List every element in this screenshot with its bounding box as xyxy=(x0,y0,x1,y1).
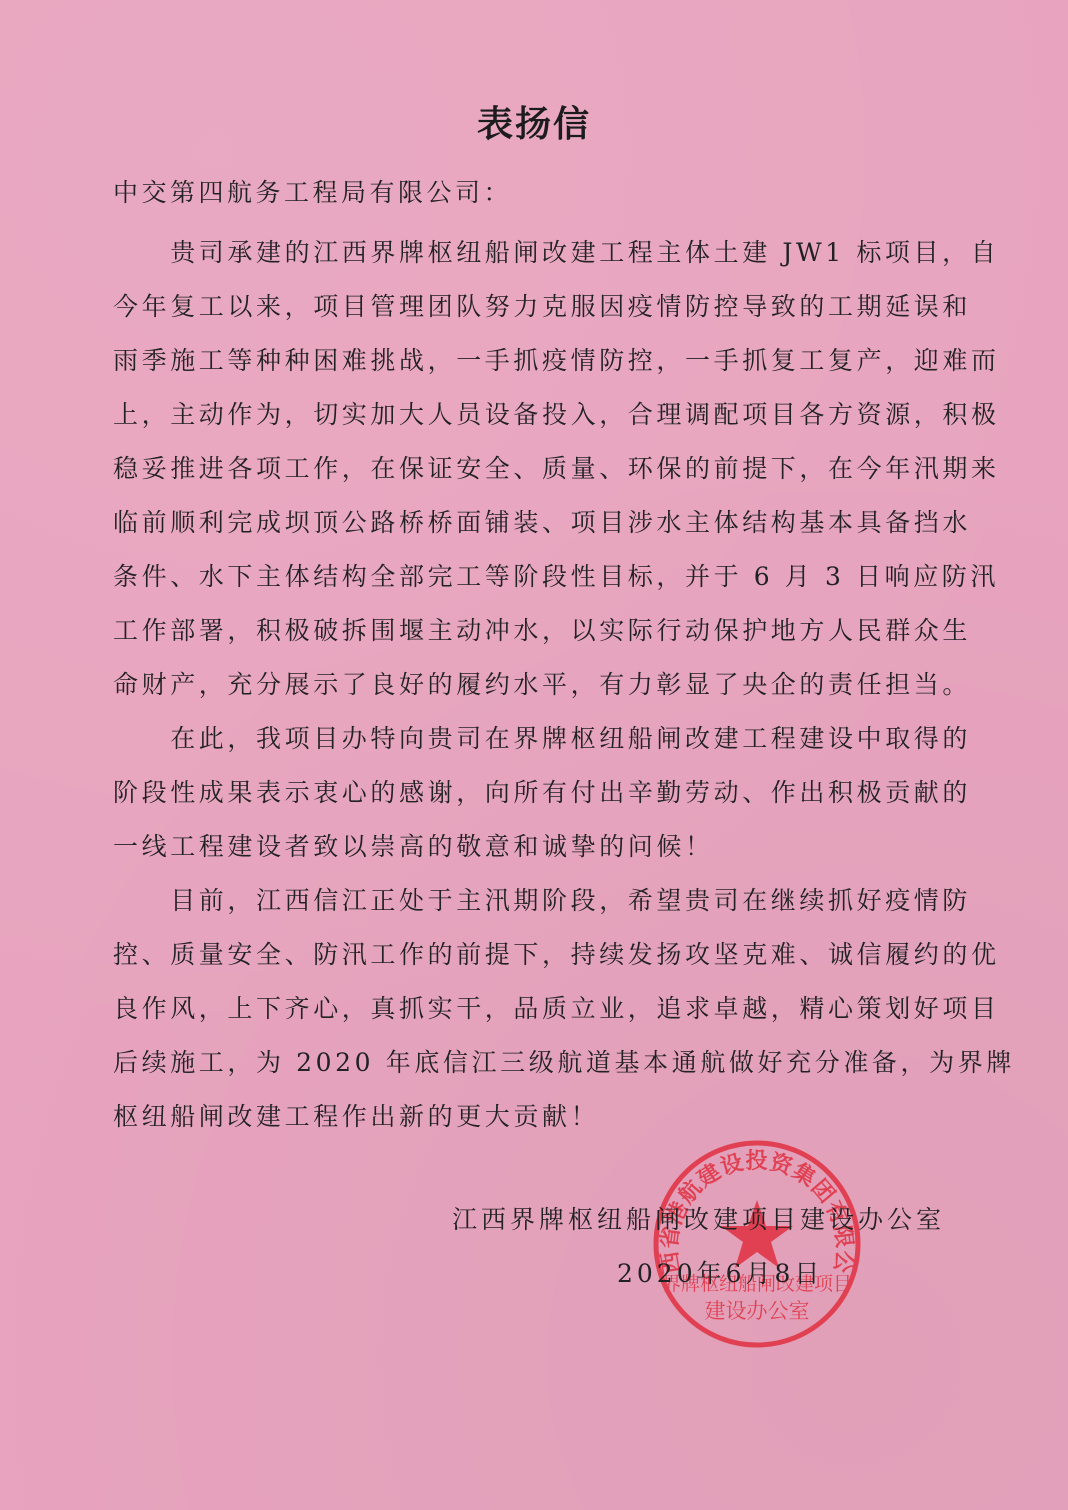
paragraph-line: 临前顺利完成坝顶公路桥桥面铺装、项目涉水主体结构基本具备挡水 xyxy=(113,496,953,550)
paragraph-line: 稳妥推进各项工作，在保证安全、质量、环保的前提下，在今年汛期来 xyxy=(113,442,953,496)
paragraph-line: 贵司承建的江西界牌枢纽船闸改建工程主体土建 JW1 标项目，自 xyxy=(113,226,953,280)
paragraph-line: 上，主动作为，切实加大人员设备投入，合理调配项目各方资源，积极 xyxy=(113,388,953,442)
signature-organization: 江西界牌枢纽船闸改建项目建设办公室 xyxy=(452,1200,945,1236)
paragraph-line: 一线工程建设者致以崇高的敬意和诚挚的问候！ xyxy=(113,820,953,874)
paragraph-line: 目前，江西信江正处于主汛期阶段，希望贵司在继续抓好疫情防 xyxy=(113,874,953,928)
paragraph-2: 在此，我项目办特向贵司在界牌枢纽船闸改建工程建设中取得的 阶段性成果表示衷心的感… xyxy=(113,712,953,874)
paragraph-line: 在此，我项目办特向贵司在界牌枢纽船闸改建工程建设中取得的 xyxy=(113,712,953,766)
paragraph-line: 后续施工，为 2020 年底信江三级航道基本通航做好充分准备，为界牌 xyxy=(113,1036,953,1090)
paragraph-line: 工作部署，积极破拆围堰主动冲水，以实际行动保护地方人民群众生 xyxy=(113,604,953,658)
signature-date: 2020年6月8日 xyxy=(617,1254,823,1290)
letter-title: 表扬信 xyxy=(0,96,1068,147)
paragraph-line: 雨季施工等种种困难挑战，一手抓疫情防控，一手抓复工复产，迎难而 xyxy=(113,334,953,388)
paragraph-line: 条件、水下主体结构全部完工等阶段性目标，并于 6 月 3 日响应防汛 xyxy=(113,550,953,604)
paragraph-line: 今年复工以来，项目管理团队努力克服因疫情防控导致的工期延误和 xyxy=(113,280,953,334)
paragraph-line: 命财产，充分展示了良好的履约水平，有力彰显了央企的责任担当。 xyxy=(113,658,953,712)
official-seal-icon: 江西省港航建设投资集团有限公司 界牌枢纽船闸改建项目 建设办公室 xyxy=(651,1138,863,1350)
paragraph-line: 良作风，上下齐心，真抓实干，品质立业，追求卓越，精心策划好项目 xyxy=(113,982,953,1036)
paragraph-line: 枢纽船闸改建工程作出新的更大贡献！ xyxy=(113,1090,953,1144)
paragraph-1: 贵司承建的江西界牌枢纽船闸改建工程主体土建 JW1 标项目，自 今年复工以来，项… xyxy=(113,226,953,712)
paragraph-3: 目前，江西信江正处于主汛期阶段，希望贵司在继续抓好疫情防 控、质量安全、防汛工作… xyxy=(113,874,953,1144)
paragraph-line: 控、质量安全、防汛工作的前提下，持续发扬攻坚克难、诚信履约的优 xyxy=(113,928,953,982)
paragraph-line: 阶段性成果表示衷心的感谢，向所有付出辛勤劳动、作出积极贡献的 xyxy=(113,766,953,820)
seal-inner-line2: 建设办公室 xyxy=(705,1299,810,1323)
salutation: 中交第四航务工程局有限公司： xyxy=(113,173,512,209)
